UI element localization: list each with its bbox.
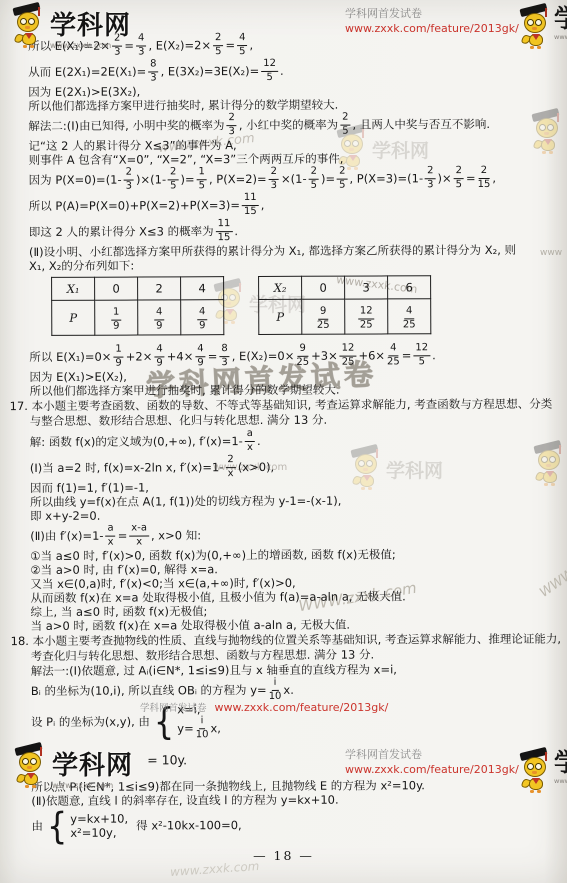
fraction: 25 [213,33,223,57]
header-note: 学科网首发试卷 www.zxxk.com/feature/2013gk/ [140,700,388,716]
note-label: 学科网首发试卷 [345,6,519,21]
text-line: 解法二:(Ⅰ)由已知得, 小明中奖的概率为23, 小红中奖的概率为25, 且两人… [28,111,552,139]
fraction: 25 [337,167,347,191]
fraction: 49 [197,307,207,331]
text-line: 由{y=kx+10,x²=10y,得 x²-10kx-100=0, [31,806,555,844]
fraction: ax [105,524,115,548]
site-url-partial: www [554,777,567,785]
zxxk-logo-partial: 学 www [519,5,567,51]
table-value-cell: 0 [302,276,345,299]
page: www.zxxk.com 学科网 www 学科网 www.zxxk.com 学科… [0,0,567,883]
text-line: 解: 函数 f(x)的定义域为(0,+∞), f′(x)=1-ax. [30,427,554,455]
table-var-label: X₁ [52,277,95,300]
fraction: 49 [154,344,164,368]
fraction: 1115 [216,219,233,243]
fraction: 49 [195,344,205,368]
table-prob-cell: 925 [302,299,345,334]
text-line: 所以 P(A)=P(X=0)+P(X=2)+P(X=3)=1115, [29,191,553,219]
header-note: 学科网首发试卷 www.zxxk.com/feature/2013gk/ [345,747,519,777]
fraction: 23 [269,167,279,191]
note-url: www.zxxk.com/feature/2013gk/ [345,21,519,36]
text-line: 所以他们都选择方案甲进行抽奖时, 累计得分的数学期望较大. [30,382,554,398]
table-prob-cell: 425 [388,299,431,334]
zxxk-logo: 学科网 www.zxxk.com [14,744,133,790]
fraction: 425 [403,306,416,330]
system-post-text: 得 x²-10kx-100=0, [136,817,242,833]
header-note: 学科网首发试卷 www.zxxk.com/feature/2013gk/ [345,6,519,36]
fraction: x-ax [129,523,149,547]
table-prob-cell: 49 [181,300,224,335]
distribution-tables: X₁024P194949X₂036P9251225425 [51,275,553,339]
equation: y=i10x, [177,716,221,740]
brace-symbol: { [47,807,68,844]
text-line: 因为 P(X=0)=(1-23)×(1-25)=15, P(X=2)=23×(1… [29,165,553,193]
site-name-partial: 学 [554,5,567,33]
system-pre-text: 由 [31,818,43,834]
fraction: 925 [317,307,330,331]
page-number: — 18 — [0,848,567,863]
fraction: 83 [148,59,158,83]
fraction: 925 [296,344,309,368]
fraction: 15 [197,167,207,191]
fraction: ax [245,429,255,453]
table-value-cell: 3 [345,276,388,299]
fraction: 1225 [358,306,375,330]
text-line: (Ⅰ)当 a=2 时, f(x)=x-2ln x, f′(x)=1-2x(x>0… [30,453,554,481]
text-line: 18. 本小题主要考查抛物线的性质、直线与抛物线的位置关系等基础知识, 考查运算… [11,632,565,663]
zxxk-mascot-icon [519,749,553,795]
fraction: 23 [425,166,435,190]
text-line: 当 a>0 时, 函数 f(x)在 x=a 处取得极小值 a-aln a, 无极… [31,617,555,633]
note-label: 学科网首发试卷 [140,701,207,716]
fraction: 23 [124,168,134,192]
fraction: 43 [136,33,146,57]
equation: y=kx+10, [70,812,128,826]
table-prob-cell: 1225 [345,299,388,334]
site-name: 学科网 [50,13,131,39]
distribution-table: X₁024P194949 [51,276,224,336]
system-pre-text: 设 Pᵢ 的坐标为(x,y), 由 [31,713,150,730]
fraction: 49 [154,307,164,331]
text-line: 即这 2 人的累计得分 X≤3 的概率为1115. [29,217,553,245]
equation-system: y=kx+10,x²=10y, [70,812,128,840]
table-value-cell: 2 [138,277,181,300]
zxxk-mascot-icon [14,744,48,790]
distribution-table: X₂036P9251225425 [258,275,431,335]
zxxk-logo: 学科网 www.zxxk.com [12,4,131,50]
zxxk-mascot-icon [519,5,553,51]
site-url: www.zxxk.com [52,781,133,790]
site-name-partial: 学 [554,749,567,777]
solution-text: 所以 E(X₁)=2×23=43, E(X₂)=2×25=45,从而 E(2X₁… [28,31,556,844]
fraction: 19 [113,345,123,369]
text-line: X₁, X₂的分布列如下: [29,257,553,273]
note-label: 学科网首发试卷 [345,747,519,762]
text-line: 从而 E(2X₁)=2E(X₁)=83, E(3X₂)=3E(X₂)=125. [28,57,552,85]
site-url: www.zxxk.com [50,41,131,50]
site-url-partial: www [554,33,567,41]
fraction: i10 [196,716,209,740]
fraction: 23 [226,113,236,137]
fraction: 25 [454,166,464,190]
fraction: 1115 [242,193,259,217]
table-p-label: P [52,300,95,335]
zxxk-mascot-icon [12,4,46,50]
text-line: 所以 E(X₁)=0×19+2×49+4×49=83, E(X₂)=0×925+… [29,342,553,370]
table-prob-cell: 49 [138,300,181,335]
note-url: www.zxxk.com/feature/2013gk/ [345,762,519,777]
fraction: 125 [261,59,278,83]
fraction: 425 [387,343,400,367]
fraction: 25 [340,113,350,137]
equation: x²=10y, [70,826,128,840]
table-value-cell: 0 [95,277,138,300]
text-line: (Ⅱ)由 f′(x)=1-ax=x-ax, x>0 知: [30,521,554,549]
fraction: 1225 [340,344,357,368]
fraction: 215 [478,166,491,190]
fraction: 25 [168,167,178,191]
fraction: i10 [269,678,282,702]
fraction: 25 [309,167,319,191]
table-value-cell: 6 [388,276,431,299]
table-prob-cell: 19 [95,300,138,335]
fraction: 125 [413,343,430,367]
fraction: 83 [219,344,229,368]
note-url: www.zxxk.com/feature/2013gk/ [215,700,389,715]
table-var-label: X₂ [259,276,302,299]
fraction: 2x [225,455,235,479]
zxxk-logo-partial: 学 www [519,749,567,795]
text-line: 17. 本小题主要考查函数、函数的导数、不等式等基础知识, 考查运算求解能力, … [10,397,564,428]
table-p-label: P [259,299,302,334]
table-value-cell: 4 [181,277,224,300]
site-name: 学科网 [52,753,133,779]
text-line: (Ⅱ)设小明、小红都选择方案甲所获得的累计得分为 X₁, 都选择方案乙所获得的累… [29,243,553,259]
fraction: 45 [237,33,247,57]
fraction: 19 [111,308,121,332]
